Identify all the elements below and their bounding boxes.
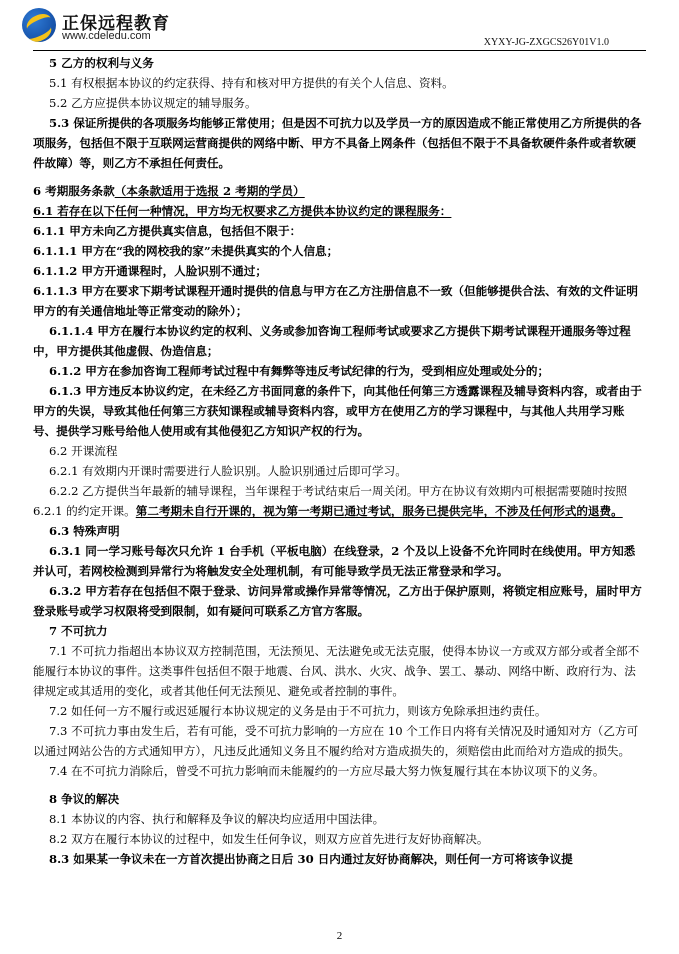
clause-6-3: 6.3 特殊声明: [33, 521, 646, 541]
clause-5-2: 5.2 乙方应提供本协议规定的辅导服务。: [33, 93, 646, 113]
cdeledu-logo-icon: [22, 8, 56, 42]
section-7-title: 7 不可抗力: [33, 621, 646, 641]
clause-6-1-1: 6.1.1 甲方未向乙方提供真实信息，包括但不限于：: [33, 221, 646, 241]
section-5-title: 5 乙方的权利与义务: [33, 53, 646, 73]
clause-8-1: 8.1 本协议的内容、执行和解释及争议的解决均应适用中国法律。: [33, 809, 646, 829]
page-header: 正保远程教育 www.cdeledu.com XYXY-JG-ZXGCS26Y0…: [0, 0, 679, 50]
section-8-title: 8 争议的解决: [33, 789, 646, 809]
clause-6-3-1: 6.3.1 同一学习账号每次只允许 1 台手机（平板电脑）在线登录，2 个及以上…: [33, 541, 646, 581]
clause-6-1-1-1: 6.1.1.1 甲方在“我的网校我的家”未提供真实的个人信息；: [33, 241, 646, 261]
clause-6-2-2-emphasis: 第二考期未自行开课的，视为第一考期已通过考试，服务已提供完毕，不涉及任何形式的退…: [136, 504, 623, 518]
section-6-title-note: （本条款适用于选报 2 考期的学员）: [115, 184, 305, 198]
clause-6-1-1-4: 6.1.1.4 甲方在履行本协议约定的权利、义务或参加咨询工程师考试或要求乙方提…: [33, 321, 646, 361]
clause-6-1-1-2: 6.1.1.2 甲方开通课程时，人脸识别不通过；: [33, 261, 646, 281]
section-6-title: 6 考期服务条款（本条款适用于选报 2 考期的学员）: [33, 181, 646, 201]
clause-7-2: 7.2 如任何一方不履行或迟延履行本协议规定的义务是由于不可抗力，则该方免除承担…: [33, 701, 646, 721]
clause-6-2-2: 6.2.2 乙方提供当年最新的辅导课程，当年课程于考试结束后一周关闭。甲方在协议…: [33, 481, 646, 521]
page-number: 2: [0, 930, 679, 942]
section-6-title-text: 6 考期服务条款: [33, 184, 115, 198]
clause-8-2: 8.2 双方在履行本协议的过程中，如发生任何争议，则双方应首先进行友好协商解决。: [33, 829, 646, 849]
clause-5-3: 5.3 保证所提供的各项服务均能够正常使用；但是因不可抗力以及学员一方的原因造成…: [33, 113, 646, 173]
clause-7-4: 7.4 在不可抗力消除后，曾受不可抗力影响而未能履约的一方应尽最大努力恢复履行其…: [33, 761, 646, 781]
clause-5-1: 5.1 有权根据本协议的约定获得、持有和核对甲方提供的有关个人信息、资料。: [33, 73, 646, 93]
clause-6-2-1: 6.2.1 有效期内开课时需要进行人脸识别。人脸识别通过后即可学习。: [33, 461, 646, 481]
clause-8-3: 8.3 如果某一争议未在一方首次提出协商之日后 30 日内通过友好协商解决，则任…: [33, 849, 646, 869]
clause-7-3: 7.3 不可抗力事由发生后，若有可能，受不可抗力影响的一方应在 10 个工作日内…: [33, 721, 646, 761]
clause-6-3-2: 6.3.2 甲方若存在包括但不限于登录、访问异常或操作异常等情况，乙方出于保护原…: [33, 581, 646, 621]
clause-6-1-1-3: 6.1.1.3 甲方在要求下期考试课程开通时提供的信息与甲方在乙方注册信息不一致…: [33, 281, 646, 321]
clause-6-1: 6.1 若存在以下任何一种情况，甲方均无权要求乙方提供本协议约定的课程服务：: [33, 201, 646, 221]
clause-6-2: 6.2 开课流程: [33, 441, 646, 461]
document-body: 5 乙方的权利与义务 5.1 有权根据本协议的约定获得、持有和核对甲方提供的有关…: [33, 53, 646, 869]
header-divider: [33, 50, 646, 51]
brand-url: www.cdeledu.com: [62, 30, 151, 42]
document-code: XYXY-JG-ZXGCS26Y01V1.0: [484, 37, 609, 48]
clause-6-1-3: 6.1.3 甲方违反本协议约定，在未经乙方书面同意的条件下，向其他任何第三方透露…: [33, 381, 646, 441]
clause-6-1-2: 6.1.2 甲方在参加咨询工程师考试过程中有舞弊等违反考试纪律的行为，受到相应处…: [33, 361, 646, 381]
clause-7-1: 7.1 不可抗力指超出本协议双方控制范围，无法预见、无法避免或无法克服，使得本协…: [33, 641, 646, 701]
